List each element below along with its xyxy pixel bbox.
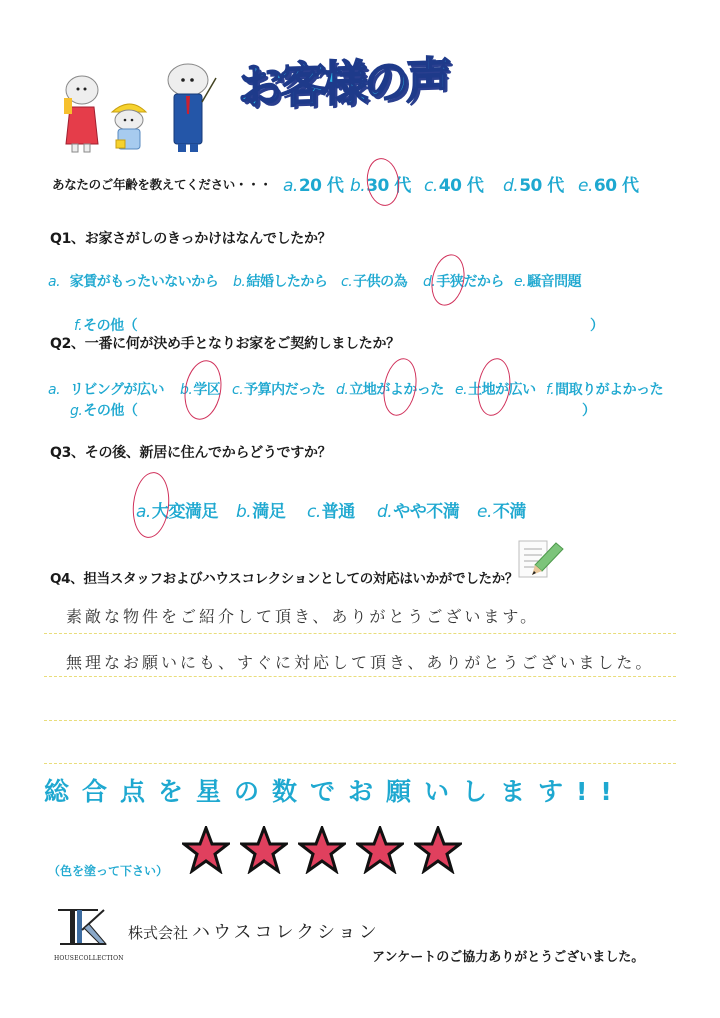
age-option-d[interactable]: d.50 代 (503, 171, 564, 196)
mascot-group (60, 62, 230, 162)
star-icon-2[interactable] (240, 826, 288, 874)
hk-logo-icon (54, 906, 120, 950)
company-logo: HOUSECOLLECTION (54, 906, 120, 958)
age-option-b[interactable]: b.30 代 (350, 171, 411, 196)
q2-label: Q2、一番に何が決め手となりお家をご契約しましたか？ (50, 333, 400, 353)
q3-option-b[interactable]: b.満足 (236, 497, 285, 522)
q4-answer-line-1[interactable]: 素敵な物件をご紹介して頂き、ありがとうございます。 (66, 604, 539, 627)
q1-label: Q1、お家さがしのきっかけはなんでしたか？ (50, 228, 331, 248)
star-rating[interactable] (182, 826, 462, 874)
q1-option-b[interactable]: b.結婚したから (233, 271, 327, 291)
q2-option-g-other[interactable]: g.その他（ (70, 400, 137, 420)
q3-option-a[interactable]: a.大変満足 (136, 497, 218, 522)
q1-option-a[interactable]: a. 家賃がもったいないから (48, 271, 218, 291)
q2-option-f[interactable]: f.間取りがよかった (546, 379, 663, 399)
age-option-e[interactable]: e.60 代 (578, 171, 638, 196)
age-option-c[interactable]: c.40 代 (424, 171, 483, 196)
q1-option-c[interactable]: c.子供の為 (341, 271, 407, 291)
q2-option-d[interactable]: d.立地がよかった (336, 379, 444, 399)
page-title: お客様の声 (238, 46, 474, 119)
q2-option-a[interactable]: a. リビングが広い (48, 379, 164, 399)
q2-option-e[interactable]: e.土地が広い (455, 379, 536, 399)
star-icon-4[interactable] (356, 826, 404, 874)
rating-note: （色を塗って下さい） (48, 862, 168, 879)
company-name: 株式会社ハウスコレクション (128, 918, 380, 944)
logo-text: HOUSECOLLECTION (54, 955, 120, 962)
elephant-mascots-illustration (60, 62, 230, 162)
q1-other-close-paren: ） (590, 315, 604, 335)
q3-option-e[interactable]: e.不満 (477, 497, 526, 522)
star-icon-1[interactable] (182, 826, 230, 874)
q3-label: Q3、その後、新居に住んでからどうですか？ (50, 442, 331, 462)
answer-rule-1 (44, 633, 676, 634)
page-title-wrap: お客様の声 (238, 52, 474, 118)
q2-option-c[interactable]: c.予算内だった (232, 379, 325, 399)
q1-option-e[interactable]: e.騒音問題 (514, 271, 581, 291)
answer-rule-2 (44, 676, 676, 677)
q4-answer-line-2[interactable]: 無理なお願いにも、すぐに対応して頂き、ありがとうございました。 (66, 650, 654, 673)
memo-pencil-icon (516, 537, 566, 585)
star-icon-5[interactable] (414, 826, 462, 874)
q3-option-d[interactable]: d.やや不満 (377, 497, 459, 522)
q1-option-d[interactable]: d.手狭だから (423, 271, 504, 291)
q3-option-c[interactable]: c.普通 (307, 497, 355, 522)
star-icon-3[interactable] (298, 826, 346, 874)
rating-heading: 総合点を星の数でお願いします!! (44, 772, 684, 808)
answer-rule-4 (44, 763, 676, 764)
q2-option-b[interactable]: b.学区 (180, 379, 220, 399)
answer-rule-3 (44, 720, 676, 721)
age-question-label: あなたのご年齢を教えてください・・・ (52, 175, 272, 193)
q1-option-f-other[interactable]: f.その他（ (74, 315, 137, 335)
thanks-message: アンケートのご協力ありがとうございました。 (372, 946, 644, 965)
q4-label: Q4、担当スタッフおよびハウスコレクションとしての対応はいかがでしたか？ (50, 567, 518, 587)
age-option-a[interactable]: a.20 代 (283, 171, 343, 196)
q2-other-close-paren: ） (582, 400, 596, 420)
